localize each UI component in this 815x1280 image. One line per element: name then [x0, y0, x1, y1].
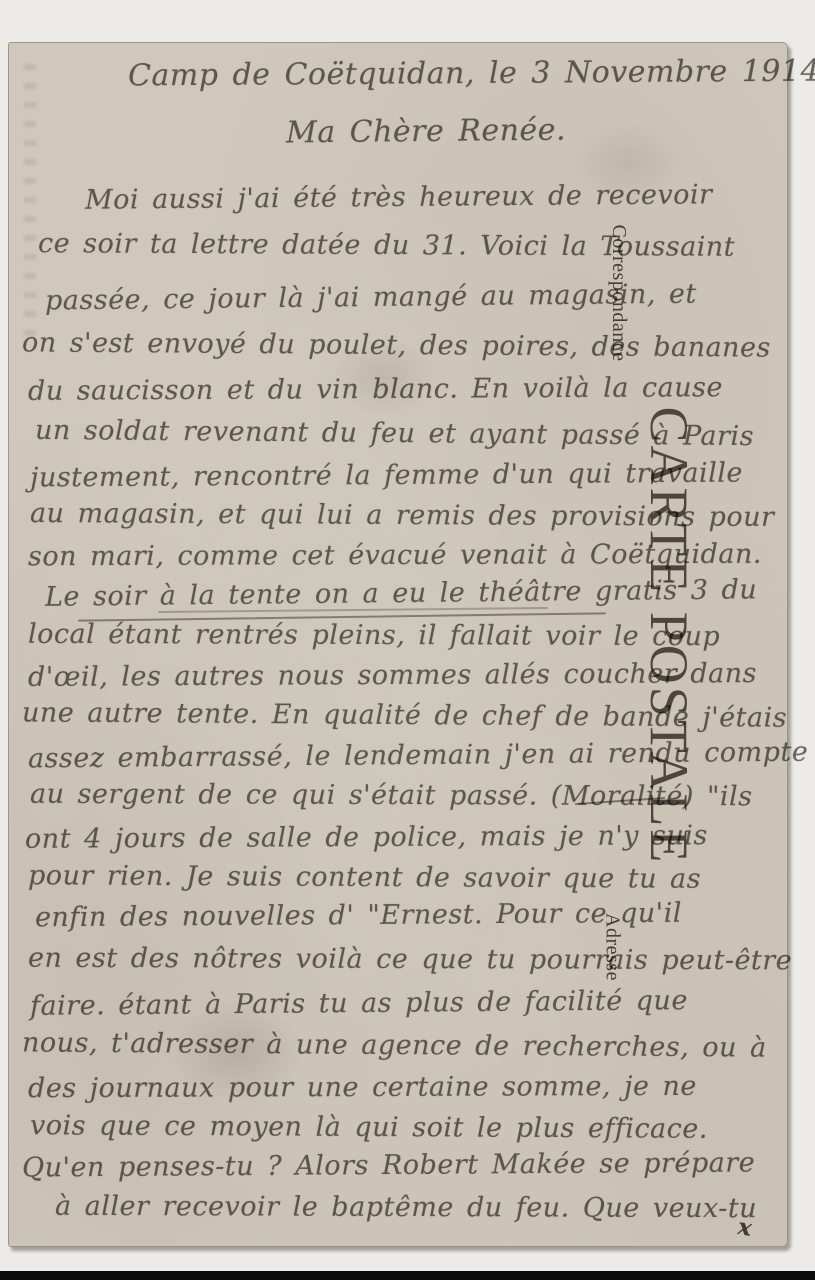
handwritten-line: vois que ce moyen là qui soit le plus ef… — [30, 1110, 708, 1145]
handwritten-line: à aller recevoir le baptême du feu. Que … — [55, 1191, 757, 1224]
dateline: Camp de Coëtquidan, le 3 Novembre 1914 — [128, 54, 815, 94]
carte-postale-label: CARTE POSTALE — [636, 396, 700, 876]
handwritten-line: ont 4 jours de salle de police, mais je … — [25, 820, 708, 855]
correspondance-label: Correspondance — [604, 188, 630, 398]
salutation: Ma Chère Renée. — [286, 113, 566, 151]
scanned-postcard-back: Camp de Coëtquidan, le 3 Novembre 1914 M… — [0, 0, 815, 1280]
handwritten-line: enfin des nouvelles d' "Ernest. Pour ce … — [35, 898, 682, 934]
handwritten-line: des journaux pour une certaine somme, je… — [28, 1071, 697, 1104]
handwritten-line: nous, t'adresser à une agence de recherc… — [22, 1027, 767, 1063]
handwritten-line: faire. étant à Paris tu as plus de facil… — [30, 985, 688, 1022]
x-mark: x — [736, 1213, 754, 1242]
adresse-label: Adresse — [598, 890, 624, 1005]
postcard-paper: Camp de Coëtquidan, le 3 Novembre 1914 M… — [8, 42, 788, 1247]
handwritten-line: passée, ce jour là j'ai mangé au magasin… — [45, 279, 697, 317]
left-edge-ghost-print — [24, 64, 36, 344]
handwritten-line: ce soir ta lettre datée du 31. Voici la … — [38, 228, 735, 263]
scan-bottom-edge — [0, 1271, 815, 1280]
handwritten-line: Qu'en penses-tu ? Alors Robert Makée se … — [22, 1147, 755, 1183]
handwritten-line: local étant rentrés pleins, il fallait v… — [28, 619, 720, 652]
handwritten-line: en est des nôtres voilà ce que tu pourra… — [28, 943, 792, 977]
handwritten-line: on s'est envoyé du poulet, des poires, d… — [22, 327, 771, 363]
